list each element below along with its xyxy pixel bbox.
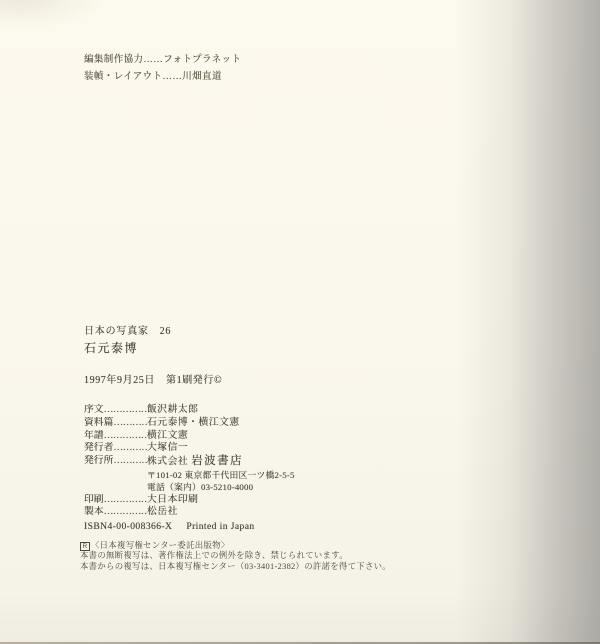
credit-row-binder: 製本……………………………………松岳社 xyxy=(84,506,295,519)
editorial-credit-line: 編集制作協力……フォトプラネット xyxy=(84,52,241,69)
dot-leader: …………………………………… xyxy=(104,506,147,517)
credit-value: 大塚信一 xyxy=(147,442,188,455)
copyright-line: 本書の無断複写は、著作権法上での例外を除き、禁じられています。 xyxy=(80,551,391,561)
publisher-name: 岩波書店 xyxy=(191,455,243,467)
publisher-phone-line: 電話（案内）03-5210-4000 xyxy=(147,481,295,493)
jrrc-registered-mark-icon: R xyxy=(80,542,90,551)
credit-label: 印刷 xyxy=(84,494,104,505)
publication-date: 1997年9月25日 xyxy=(84,375,155,386)
credit-label: 製本 xyxy=(84,506,104,517)
credit-value: 横江文憲 xyxy=(147,430,188,443)
credit-value: 株式会社岩波書店 xyxy=(147,455,243,469)
publisher-prefix: 株式会社 xyxy=(147,456,188,467)
credit-label: 序文 xyxy=(84,404,104,415)
series-title: 日本の写真家 26 xyxy=(84,324,222,340)
dot-leader: …………………………………… xyxy=(113,455,147,466)
isbn-line: ISBN4-00-008366-XPrinted in Japan xyxy=(84,521,255,532)
credit-row-materials: 資料篇……………………………………石元泰博・横江文憲 xyxy=(84,417,295,430)
copyright-notice: R〈日本複写権センター委託出版物〉 本書の無断複写は、著作権法上での例外を除き、… xyxy=(80,541,391,572)
edition-statement: 第1刷発行© xyxy=(166,375,222,386)
credit-value: 飯沢耕太郎 xyxy=(147,404,198,417)
publisher-address-line: 〒101-02 東京都千代田区一ツ橋2-5-5 xyxy=(147,469,295,481)
edition-line: 1997年9月25日第1刷発行© xyxy=(84,371,222,386)
credit-row-publisher: 発行所……………………………………株式会社岩波書店 xyxy=(84,455,295,469)
dot-leader: …………………………………… xyxy=(113,442,147,453)
isbn-number: ISBN4-00-008366-X xyxy=(84,521,172,532)
dot-leader: …………………………………… xyxy=(113,417,147,428)
credit-row-preface: 序文……………………………………飯沢耕太郎 xyxy=(84,404,295,417)
design-credit-line: 装幀・レイアウト……川畑直道 xyxy=(84,69,241,86)
credit-label: 発行者 xyxy=(84,442,113,453)
jrrc-line-text: 〈日本複写権センター委託出版物〉 xyxy=(91,541,229,550)
production-credits: 編集制作協力……フォトプラネット 装幀・レイアウト……川畑直道 xyxy=(84,52,241,86)
book-colophon-page: 編集制作協力……フォトプラネット 装幀・レイアウト……川畑直道 日本の写真家 2… xyxy=(0,0,600,644)
credit-row-issuer: 発行者……………………………………大塚信一 xyxy=(84,442,295,455)
jrrc-line: R〈日本複写権センター委託出版物〉 xyxy=(80,541,391,551)
title-block: 日本の写真家 26 石元泰博 1997年9月25日第1刷発行© xyxy=(84,324,222,386)
dot-leader: …………………………………… xyxy=(104,404,147,415)
colophon-credits: 序文……………………………………飯沢耕太郎 資料篇……………………………………石… xyxy=(84,404,295,519)
credit-value: 松岳社 xyxy=(147,506,178,519)
copyright-line: 本書からの複写は、日本複写権センター（03-3401-2382）の許諾を得て下さ… xyxy=(80,562,391,572)
credit-value: 石元泰博・横江文憲 xyxy=(147,417,240,430)
author-name: 石元泰博 xyxy=(84,340,222,357)
printed-in-japan: Printed in Japan xyxy=(186,521,254,532)
credit-label: 年譜 xyxy=(84,430,104,441)
credit-label: 資料篇 xyxy=(84,417,113,428)
credit-row-chronology: 年譜……………………………………横江文憲 xyxy=(84,430,295,443)
credit-label: 発行所 xyxy=(84,455,113,466)
credit-value: 大日本印刷 xyxy=(147,494,198,507)
dot-leader: …………………………………… xyxy=(104,494,147,505)
credit-row-printer: 印刷……………………………………大日本印刷 xyxy=(84,494,295,507)
dot-leader: …………………………………… xyxy=(104,430,147,441)
